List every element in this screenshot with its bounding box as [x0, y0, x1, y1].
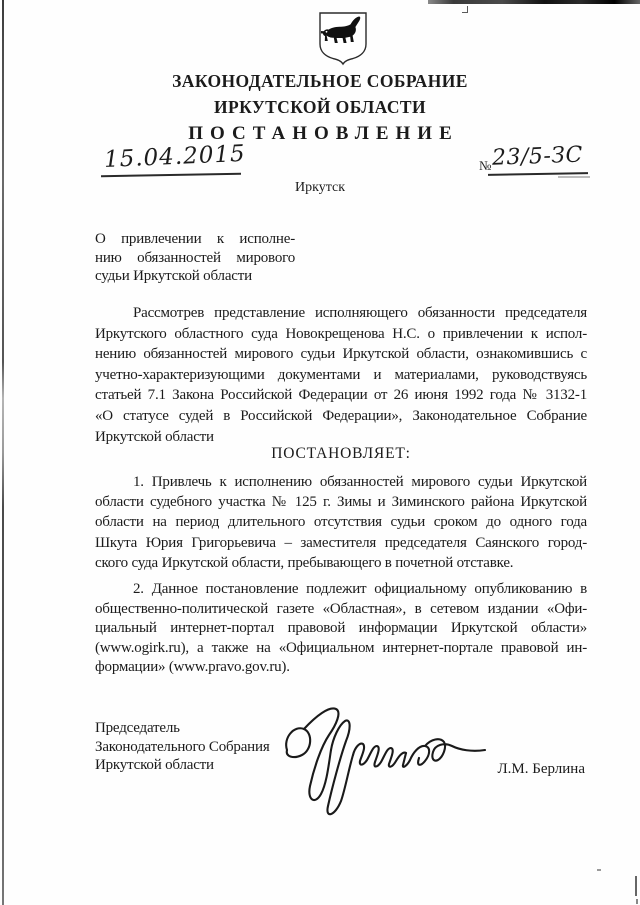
org-name-line2: ИРКУТСКОЙ ОБЛАСТИ: [0, 97, 640, 118]
org-name-line1: ЗАКОНОДАТЕЛЬНОЕ СОБРАНИЕ: [0, 71, 640, 92]
scan-artifact-top-edge: [428, 0, 640, 4]
item1-line: 1. Привлечь к исполнению обязанностей ми…: [95, 472, 587, 492]
scan-speck: [597, 869, 601, 871]
scan-speck: [636, 899, 638, 904]
item1-line: области на период длительного отсутствия…: [95, 512, 587, 532]
resolution-item-2: 2. Данное постановление подлежит официал…: [95, 580, 587, 678]
item2-line: (www.ogirk.ru), а также на «Официальном …: [95, 639, 587, 659]
preamble-line: Рассмотрев представление исполняющего об…: [95, 303, 587, 324]
handwritten-document-number: 23/5-ЗС: [492, 142, 593, 170]
signer-name: Л.М. Берлина: [440, 761, 585, 778]
preamble-paragraph: Рассмотрев представление исполняющего об…: [95, 303, 587, 447]
number-sign: №: [479, 158, 491, 174]
item2-line: циальный интернет-портал правовой информ…: [95, 619, 587, 639]
preamble-line: статьей 7.1 Закона Российской Федерации …: [95, 385, 587, 406]
subject-line: судьи Иркутской области: [95, 267, 295, 286]
preamble-line: «О статусе судей в Российской Федерации»…: [95, 406, 587, 427]
scan-speck: [635, 876, 637, 896]
irkutsk-oblast-coat-of-arms: [317, 11, 369, 66]
subject-line: нию обязанностей мирового: [95, 249, 295, 268]
item1-line: ского суда Иркутской области, пребывающе…: [95, 553, 587, 573]
handwritten-date: 15.04.2015: [103, 141, 244, 173]
item2-line: общественно-политической газете «Областн…: [95, 600, 587, 620]
resolution-item-1: 1. Привлечь к исполнению обязанностей ми…: [95, 472, 587, 573]
subject-block: О привлечении к исполне- нию обязанносте…: [95, 230, 295, 286]
resolves-heading: ПОСТАНОВЛЯЕТ:: [95, 445, 587, 463]
subject-line: О привлечении к исполне-: [95, 230, 295, 249]
scan-artifact-underline-shadow: [558, 176, 590, 178]
item2-line: 2. Данное постановление подлежит официал…: [95, 580, 587, 600]
item2-line: формации» (www.pravo.gov.ru).: [95, 658, 587, 678]
number-underline: [488, 172, 588, 175]
preamble-line: учетно-характеризующими документами и ма…: [95, 365, 587, 386]
preamble-line: нению обязанностей мирового судьи Иркутс…: [95, 344, 587, 365]
preamble-line: Иркутского областного суда Новокрещенова…: [95, 324, 587, 345]
city-label: Иркутск: [0, 180, 640, 196]
item1-line: Шкута Юрия Григорьевича – заместителя пр…: [95, 533, 587, 553]
document-page: ЗАКОНОДАТЕЛЬНОЕ СОБРАНИЕ ИРКУТСКОЙ ОБЛАС…: [0, 0, 640, 905]
scan-artifact-corner-mark: [462, 6, 468, 13]
shield-icon: [317, 11, 369, 66]
item1-line: области судебного участка № 125 г. Зимы …: [95, 492, 587, 512]
date-underline: [101, 173, 241, 177]
document-type-title: ПОСТАНОВЛЕНИЕ: [0, 123, 640, 145]
